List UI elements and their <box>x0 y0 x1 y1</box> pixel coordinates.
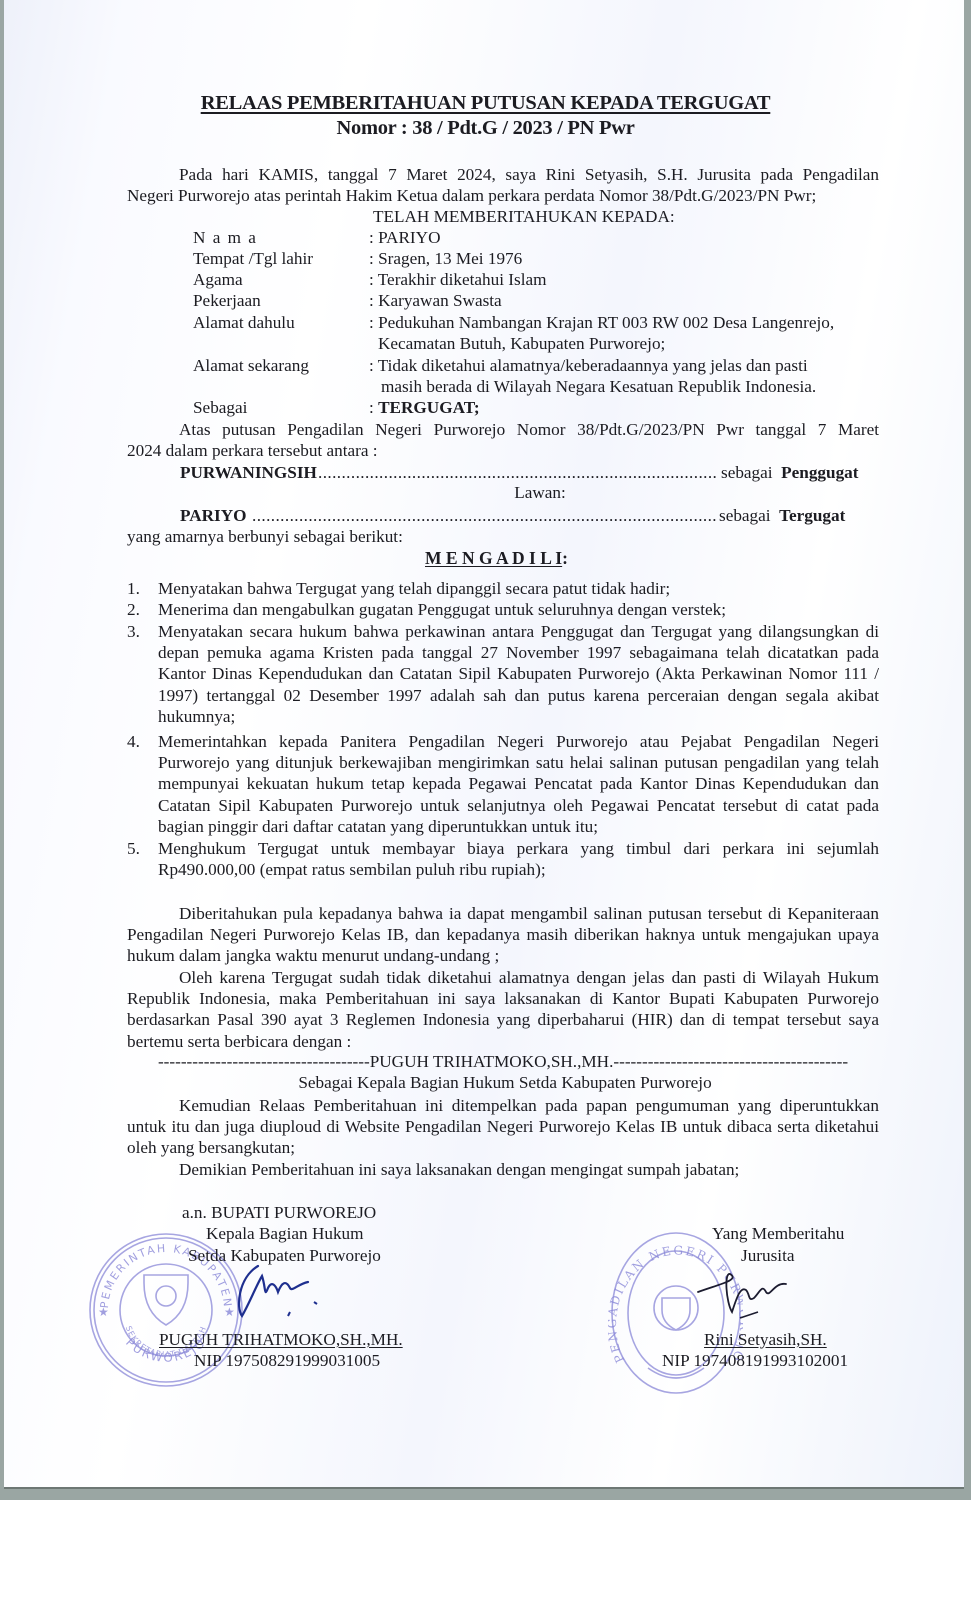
defendant-name: PARIYO <box>180 505 247 526</box>
identity-value-birth: : Sragen, 13 Mei 1976 <box>369 248 522 269</box>
decision-intro-line2: 2024 dalam perkara tersebut antara : <box>127 440 378 461</box>
ruling-number: 3. <box>127 621 140 642</box>
identity-label-role: Sebagai <box>193 397 247 418</box>
signer-left-nip: NIP 197508291999031005 <box>194 1350 380 1371</box>
signer-right-line1: Yang Memberitahu <box>712 1223 844 1244</box>
met-person-role: Sebagai Kepala Bagian Hukum Setda Kabupa… <box>0 1073 971 1093</box>
identity-value-name: : PARIYO <box>369 227 440 248</box>
ruling-item: Memerintahkan kepada Panitera Pengadilan… <box>158 731 879 837</box>
identity-value-role: : TERGUGAT; <box>369 397 480 418</box>
copy-notice-paragraph: Diberitahukan pula kepadanya bahwa ia da… <box>127 903 879 967</box>
unknown-address-paragraph: Oleh karena Tergugat sudah tidak diketah… <box>127 967 879 1052</box>
signer-left-name: PUGUH TRIHATMOKO,SH.,MH. <box>159 1329 403 1350</box>
ruling-number: 4. <box>127 731 140 752</box>
document-title: RELAAS PEMBERITAHUAN PUTUSAN KEPADA TERG… <box>0 92 971 115</box>
identity-label-occupation: Pekerjaan <box>193 290 261 311</box>
signer-right-name: Rini Setyasih,SH. <box>704 1329 827 1350</box>
signature-left-icon <box>228 1258 328 1328</box>
signer-right-nip: NIP 197408191993102001 <box>662 1350 848 1371</box>
identity-value-former-address-line2: Kecamatan Butuh, Kabupaten Purworejo; <box>378 333 665 354</box>
identity-label-name: N a m a <box>193 227 257 248</box>
identity-value-former-address: : Pedukuhan Nambangan Krajan RT 003 RW 0… <box>369 312 834 333</box>
identity-value-current-address-line2: masih berada di Wilayah Negara Kesatuan … <box>381 376 816 397</box>
notified-heading: TELAH MEMBERITAHUKAN KEPADA: <box>373 206 675 227</box>
ruling-number: 1. <box>127 578 140 599</box>
ruling-item: Menyatakan secara hukum bahwa perkawinan… <box>158 621 879 727</box>
plaintiff-name: PURWANINGSIH <box>180 462 317 483</box>
closing-paragraph: Demikian Pemberitahuan ini saya laksanak… <box>179 1159 739 1180</box>
defendant-role: sebagai Tergugat <box>719 505 845 526</box>
svg-text:★: ★ <box>98 1305 111 1319</box>
document-number: Nomor : 38 / Pdt.G / 2023 / PN Pwr <box>0 117 971 140</box>
ruling-item: Menyatakan bahwa Tergugat yang telah dip… <box>158 578 879 599</box>
defendant-dot-leader: ........................................… <box>252 505 717 526</box>
identity-label-religion: Agama <box>193 269 243 290</box>
identity-label-former-address: Alamat dahulu <box>193 312 295 333</box>
decision-intro: Atas putusan Pengadilan Negeri Purworejo… <box>127 419 879 440</box>
plaintiff-dot-leader: ........................................… <box>318 462 718 483</box>
ruling-number: 5. <box>127 838 140 859</box>
versus-label: Lawan: <box>0 483 971 503</box>
intro-paragraph-line2: Negeri Purworejo atas perintah Hakim Ket… <box>127 185 816 206</box>
identity-value-religion: : Terakhir diketahui Islam <box>369 269 546 290</box>
identity-label-current-address: Alamat sekarang <box>193 355 309 376</box>
amar-intro: yang amarnya berbunyi sebagai berikut: <box>127 526 403 547</box>
met-person-line: -------------------------------------PUG… <box>127 1052 879 1072</box>
posting-paragraph: Kemudian Relaas Pemberitahuan ini ditemp… <box>127 1095 879 1159</box>
ruling-item: Menerima dan mengabulkan gugatan Penggug… <box>158 599 879 620</box>
plaintiff-role: sebagai Penggugat <box>721 462 858 483</box>
mengadili-heading: M E N G A D I L I: <box>425 548 568 569</box>
signer-left-line1: a.n. BUPATI PURWOREJO <box>182 1202 376 1223</box>
ruling-number: 2. <box>127 599 140 620</box>
identity-label-birth: Tempat /Tgl lahir <box>193 248 313 269</box>
identity-value-occupation: : Karyawan Swasta <box>369 290 502 311</box>
signer-left-line2: Kepala Bagian Hukum <box>206 1223 364 1244</box>
identity-value-current-address: : Tidak diketahui alamatnya/keberadaanny… <box>369 355 808 376</box>
ruling-item: Menghukum Tergugat untuk membayar biaya … <box>158 838 879 880</box>
intro-paragraph: Pada hari KAMIS, tanggal 7 Maret 2024, s… <box>127 164 879 185</box>
signature-right-icon <box>690 1262 810 1322</box>
